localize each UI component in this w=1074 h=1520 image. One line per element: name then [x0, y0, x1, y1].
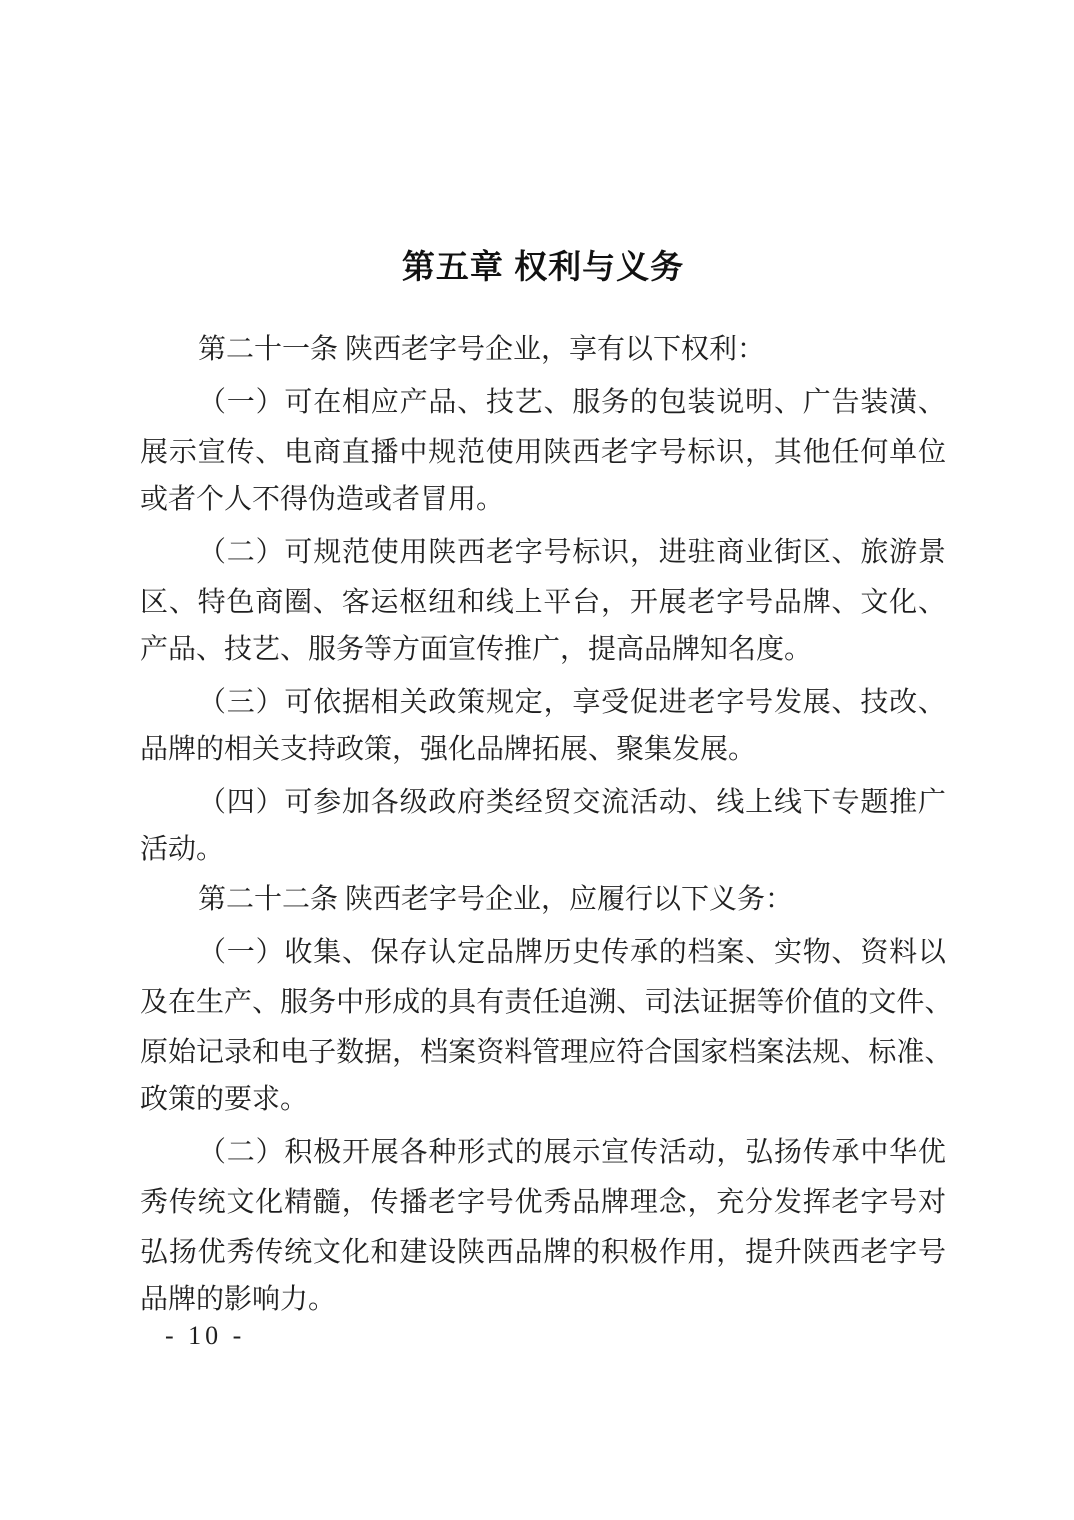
text-line: 弘扬优秀传统文化和建设陕西品牌的积极作用，提升陕西老字号: [140, 1225, 946, 1275]
text-line: 产品、技艺、服务等方面宣传推广，提高品牌知名度。: [140, 625, 946, 675]
text-line: 第二十二条 陕西老字号企业，应履行以下义务：: [140, 875, 946, 925]
text-line: 第二十一条 陕西老字号企业，享有以下权利：: [140, 325, 946, 375]
text-line: （二）可规范使用陕西老字号标识，进驻商业街区、旅游景: [140, 525, 946, 575]
text-line: 活动。: [140, 825, 946, 875]
text-line: 政策的要求。: [140, 1075, 946, 1125]
text-line: （二）积极开展各种形式的展示宣传活动，弘扬传承中华优: [140, 1125, 946, 1175]
text-line: 或者个人不得伪造或者冒用。: [140, 475, 946, 525]
text-line: 及在生产、服务中形成的具有责任追溯、司法证据等价值的文件、: [140, 975, 946, 1025]
text-line: （四）可参加各级政府类经贸交流活动、线上线下专题推广: [140, 775, 946, 825]
text-line: 秀传统文化精髓，传播老字号优秀品牌理念，充分发挥老字号对: [140, 1175, 946, 1225]
text-line: 展示宣传、电商直播中规范使用陕西老字号标识，其他任何单位: [140, 425, 946, 475]
document-page: 第五章 权利与义务 第二十一条 陕西老字号企业，享有以下权利：（一）可在相应产品…: [0, 0, 1074, 1520]
page-number: - 10 -: [165, 1322, 245, 1350]
page-content: 第五章 权利与义务 第二十一条 陕西老字号企业，享有以下权利：（一）可在相应产品…: [140, 0, 946, 1520]
text-line: 品牌的相关支持政策，强化品牌拓展、聚集发展。: [140, 725, 946, 775]
text-line: （一）可在相应产品、技艺、服务的包装说明、广告装潢、: [140, 375, 946, 425]
text-line: （三）可依据相关政策规定，享受促进老字号发展、技改、: [140, 675, 946, 725]
document-body: 第二十一条 陕西老字号企业，享有以下权利：（一）可在相应产品、技艺、服务的包装说…: [140, 325, 946, 1325]
text-line: 区、特色商圈、客运枢纽和线上平台，开展老字号品牌、文化、: [140, 575, 946, 625]
text-line: 原始记录和电子数据，档案资料管理应符合国家档案法规、标准、: [140, 1025, 946, 1075]
text-line: 品牌的影响力。: [140, 1275, 946, 1325]
chapter-title: 第五章 权利与义务: [140, 243, 946, 291]
text-line: （一）收集、保存认定品牌历史传承的档案、实物、资料以: [140, 925, 946, 975]
